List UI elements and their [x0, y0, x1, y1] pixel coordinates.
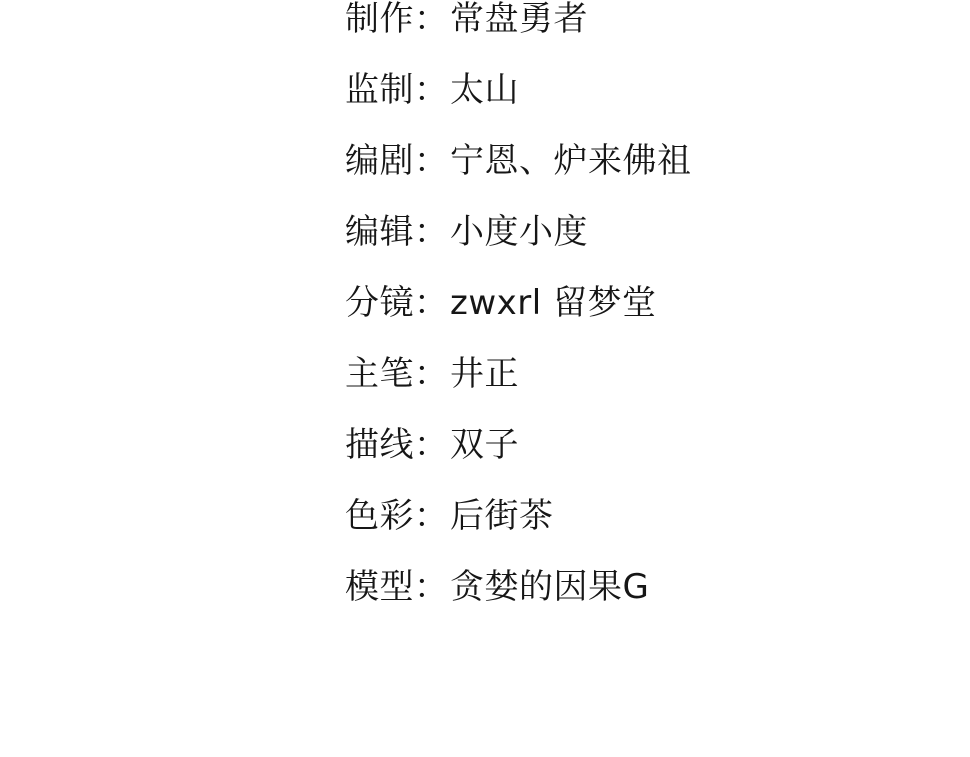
credit-row: 分镜：zwxrl 留梦堂: [345, 286, 692, 357]
credit-name: 后街茶: [450, 499, 554, 535]
credit-name: 宁恩、炉来佛祖: [450, 144, 692, 180]
credit-separator: ：: [414, 144, 448, 180]
credit-separator: ：: [414, 570, 448, 606]
credit-row: 编辑：小度小度: [345, 215, 692, 286]
credit-separator: ：: [414, 357, 448, 393]
credits-list: 制作：常盘勇者监制：太山编剧：宁恩、炉来佛祖编辑：小度小度分镜：zwxrl 留梦…: [345, 2, 692, 641]
credit-name: 太山: [450, 73, 519, 109]
credit-row: 主笔：井正: [345, 357, 692, 428]
credit-row: 色彩：后街茶: [345, 499, 692, 570]
credit-name: zwxrl 留梦堂: [450, 286, 657, 322]
credit-role-label: 主笔: [345, 357, 414, 393]
credit-role-label: 模型: [345, 570, 414, 606]
credit-name: 井正: [450, 357, 519, 393]
credit-role-label: 描线: [345, 428, 414, 464]
credit-role-label: 色彩: [345, 499, 414, 535]
credit-name: 小度小度: [450, 215, 588, 251]
credit-separator: ：: [414, 286, 448, 322]
credit-role-label: 编剧: [345, 144, 414, 180]
credit-role-label: 编辑: [345, 215, 414, 251]
credit-row: 描线：双子: [345, 428, 692, 499]
credit-name: 双子: [450, 428, 519, 464]
credit-role-label: 监制: [345, 73, 414, 109]
credit-separator: ：: [414, 428, 448, 464]
credit-row: 模型：贪婪的因果G: [345, 570, 692, 641]
credit-separator: ：: [414, 2, 448, 38]
credit-separator: ：: [414, 499, 448, 535]
credit-separator: ：: [414, 73, 448, 109]
credit-name: 常盘勇者: [450, 2, 588, 38]
credit-row: 监制：太山: [345, 73, 692, 144]
credit-row: 制作：常盘勇者: [345, 2, 692, 73]
credit-row: 编剧：宁恩、炉来佛祖: [345, 144, 692, 215]
credit-role-label: 分镜: [345, 286, 414, 322]
credit-name: 贪婪的因果G: [450, 570, 649, 606]
credit-separator: ：: [414, 215, 448, 251]
credit-role-label: 制作: [345, 2, 414, 38]
